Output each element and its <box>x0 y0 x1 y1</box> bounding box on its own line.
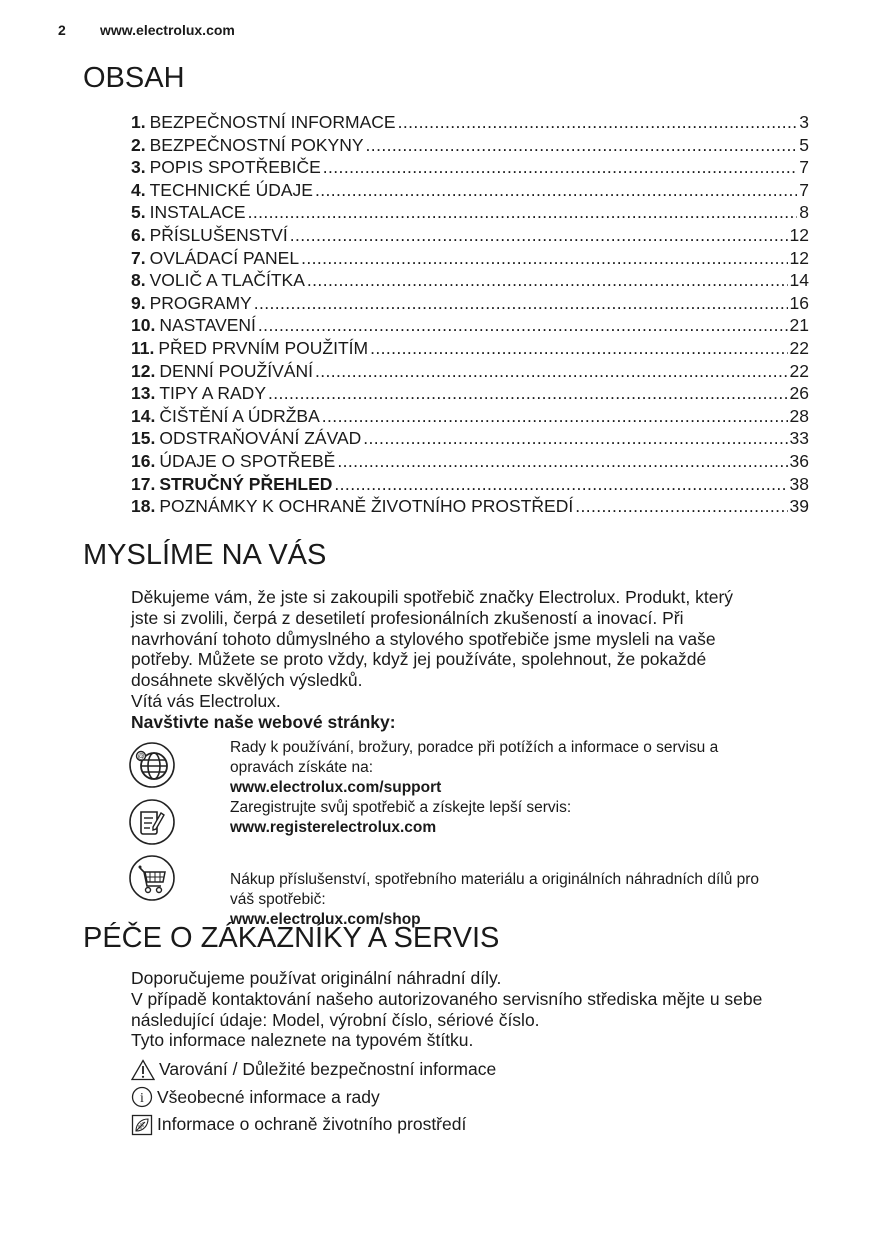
toc-entry[interactable]: 15.ODSTRAŇOVÁNÍ ZÁVAD33 <box>131 428 809 451</box>
toc-leader-dots <box>258 315 788 336</box>
toc-entry-page: 22 <box>790 338 809 359</box>
visit-label: Navštivte naše webové stránky: <box>131 712 821 733</box>
toc-leader-dots <box>366 135 798 156</box>
paragraph-line: Tyto informace naleznete na typovém štít… <box>131 1030 821 1051</box>
link-register: Zaregistrujte svůj spotřebič a získejte … <box>128 798 828 856</box>
toc-leader-dots <box>370 338 787 359</box>
service-paragraph: Doporučujeme používat originální náhradn… <box>131 968 821 1051</box>
page-number: 2 <box>58 22 100 38</box>
link-description: opravách získáte na: <box>230 758 828 778</box>
page-header: 2www.electrolux.com <box>58 22 235 38</box>
toc-title: OBSAH <box>83 62 185 95</box>
toc-entry[interactable]: 13.TIPY A RADY26 <box>131 383 809 406</box>
toc-entry-number: 6. <box>131 225 146 246</box>
toc-entry[interactable]: 5.INSTALACE8 <box>131 202 809 225</box>
toc-entry-page: 8 <box>799 202 809 223</box>
toc-entry-page: 5 <box>799 135 809 156</box>
toc-entry-title: PŘÍSLUŠENSTVÍ <box>150 225 288 246</box>
paragraph-line: Doporučujeme používat originální náhradn… <box>131 968 821 989</box>
toc-leader-dots <box>575 496 787 517</box>
toc-leader-dots <box>323 157 798 178</box>
toc-entry-number: 18. <box>131 496 155 517</box>
toc-entry-number: 3. <box>131 157 146 178</box>
table-of-contents: 1.BEZPEČNOSTNÍ INFORMACE32.BEZPEČNOSTNÍ … <box>131 112 809 519</box>
toc-entry-page: 7 <box>799 157 809 178</box>
toc-entry-title: POPIS SPOTŘEBIČE <box>150 157 321 178</box>
link-shop: Nákup příslušenství, spotřebního materiá… <box>128 856 828 916</box>
toc-entry-title: ČIŠTĚNÍ A ÚDRŽBA <box>159 406 319 427</box>
toc-entry[interactable]: 9.PROGRAMY16 <box>131 293 809 316</box>
toc-entry-title: BEZPEČNOSTNÍ POKYNY <box>150 135 364 156</box>
toc-entry-page: 12 <box>790 248 809 269</box>
toc-entry-number: 15. <box>131 428 155 449</box>
paragraph-line: potřeby. Můžete se proto vždy, když jej … <box>131 649 821 670</box>
paragraph-line: dosáhnete skvělých výsledků. <box>131 670 821 691</box>
toc-leader-dots <box>337 451 787 472</box>
toc-entry-title: STRUČNÝ PŘEHLED <box>159 474 332 495</box>
toc-leader-dots <box>301 248 787 269</box>
toc-entry-title: VOLIČ A TLAČÍTKA <box>150 270 305 291</box>
paragraph-line: V případě kontaktování našeho autorizova… <box>131 989 821 1010</box>
toc-leader-dots <box>254 293 788 314</box>
toc-entry-page: 28 <box>790 406 809 427</box>
toc-leader-dots <box>334 474 787 495</box>
toc-entry-page: 21 <box>790 315 809 336</box>
toc-entry-title: BEZPEČNOSTNÍ INFORMACE <box>150 112 396 133</box>
toc-entry[interactable]: 6.PŘÍSLUŠENSTVÍ12 <box>131 225 809 248</box>
toc-leader-dots <box>322 406 788 427</box>
thinking-paragraph: Děkujeme vám, že jste si zakoupili spotř… <box>131 587 821 733</box>
toc-entry-page: 26 <box>790 383 809 404</box>
legend-environment: Informace o ochraně životního prostředí <box>131 1111 496 1139</box>
toc-entry[interactable]: 10.NASTAVENÍ21 <box>131 315 809 338</box>
toc-entry[interactable]: 17.STRUČNÝ PŘEHLED38 <box>131 474 809 497</box>
support-link[interactable]: www.electrolux.com/support <box>230 778 828 798</box>
toc-entry[interactable]: 14.ČIŠTĚNÍ A ÚDRŽBA28 <box>131 406 809 429</box>
toc-entry-number: 10. <box>131 315 155 336</box>
link-description: Zaregistrujte svůj spotřebič a získejte … <box>230 798 828 818</box>
toc-leader-dots <box>363 428 787 449</box>
symbol-legend: Varování / Důležité bezpečnostní informa… <box>131 1056 496 1139</box>
toc-entry[interactable]: 11.PŘED PRVNÍM POUŽITÍM22 <box>131 338 809 361</box>
web-links: @ Rady k používání, brožury, poradce při… <box>128 738 828 916</box>
toc-entry-title: TECHNICKÉ ÚDAJE <box>150 180 313 201</box>
link-support: @ Rady k používání, brožury, poradce při… <box>128 738 828 796</box>
toc-entry[interactable]: 1.BEZPEČNOSTNÍ INFORMACE3 <box>131 112 809 135</box>
toc-entry-number: 7. <box>131 248 146 269</box>
toc-entry-title: NASTAVENÍ <box>159 315 256 336</box>
toc-entry-title: PŘED PRVNÍM POUŽITÍM <box>158 338 368 359</box>
leaf-icon <box>131 1114 153 1136</box>
toc-entry-title: INSTALACE <box>150 202 246 223</box>
toc-entry-title: OVLÁDACÍ PANEL <box>150 248 299 269</box>
toc-entry-number: 16. <box>131 451 155 472</box>
toc-entry[interactable]: 4.TECHNICKÉ ÚDAJE7 <box>131 180 809 203</box>
svg-text:@: @ <box>137 754 144 761</box>
toc-entry-title: TIPY A RADY <box>159 383 266 404</box>
toc-leader-dots <box>268 383 788 404</box>
toc-entry-page: 33 <box>790 428 809 449</box>
info-icon: i <box>131 1086 153 1108</box>
toc-entry-number: 14. <box>131 406 155 427</box>
toc-leader-dots <box>315 361 788 382</box>
toc-entry-number: 5. <box>131 202 146 223</box>
warning-icon <box>131 1059 155 1081</box>
toc-leader-dots <box>398 112 798 133</box>
toc-entry-title: PROGRAMY <box>150 293 252 314</box>
toc-entry[interactable]: 2.BEZPEČNOSTNÍ POKYNY5 <box>131 135 809 158</box>
toc-entry[interactable]: 12.DENNÍ POUŽÍVÁNÍ22 <box>131 361 809 384</box>
toc-entry-number: 2. <box>131 135 146 156</box>
globe-icon: @ <box>128 741 176 789</box>
toc-entry-number: 17. <box>131 474 155 495</box>
cart-icon <box>128 854 176 902</box>
toc-entry-title: DENNÍ POUŽÍVÁNÍ <box>159 361 313 382</box>
toc-entry-number: 12. <box>131 361 155 382</box>
service-title: PÉČE O ZÁKAZNÍKY A SERVIS <box>83 922 499 955</box>
paragraph-line: Vítá vás Electrolux. <box>131 691 821 712</box>
svg-text:i: i <box>140 1091 144 1106</box>
toc-entry-page: 39 <box>790 496 809 517</box>
toc-entry-number: 9. <box>131 293 146 314</box>
legend-label: Všeobecné informace a rady <box>157 1087 380 1108</box>
toc-entry-page: 7 <box>799 180 809 201</box>
legend-label: Informace o ochraně životního prostředí <box>157 1114 466 1135</box>
register-icon <box>128 798 176 846</box>
toc-leader-dots <box>315 180 797 201</box>
paragraph-line: navrhování tohoto důmyslného a stylového… <box>131 629 821 650</box>
toc-entry-page: 16 <box>790 293 809 314</box>
toc-entry-title: ÚDAJE O SPOTŘEBĚ <box>159 451 335 472</box>
toc-entry[interactable]: 7.OVLÁDACÍ PANEL12 <box>131 248 809 271</box>
toc-leader-dots <box>307 270 788 291</box>
toc-leader-dots <box>290 225 788 246</box>
toc-entry-number: 8. <box>131 270 146 291</box>
toc-entry-page: 12 <box>790 225 809 246</box>
toc-entry[interactable]: 16.ÚDAJE O SPOTŘEBĚ36 <box>131 451 809 474</box>
toc-entry-page: 14 <box>790 270 809 291</box>
legend-warning: Varování / Důležité bezpečnostní informa… <box>131 1056 496 1084</box>
toc-entry-page: 36 <box>790 451 809 472</box>
toc-entry[interactable]: 18.POZNÁMKY K OCHRANĚ ŽIVOTNÍHO PROSTŘED… <box>131 496 809 519</box>
link-description: váš spotřebič: <box>230 890 828 910</box>
toc-leader-dots <box>248 202 798 223</box>
toc-entry-page: 22 <box>790 361 809 382</box>
toc-entry-title: ODSTRAŇOVÁNÍ ZÁVAD <box>159 428 361 449</box>
link-description: Nákup příslušenství, spotřebního materiá… <box>230 870 828 890</box>
toc-entry[interactable]: 8.VOLIČ A TLAČÍTKA14 <box>131 270 809 293</box>
toc-entry[interactable]: 3.POPIS SPOTŘEBIČE7 <box>131 157 809 180</box>
toc-entry-number: 13. <box>131 383 155 404</box>
register-link[interactable]: www.registerelectrolux.com <box>230 818 828 838</box>
toc-entry-number: 11. <box>131 338 154 359</box>
legend-info: i Všeobecné informace a rady <box>131 1084 496 1112</box>
paragraph-line: jste si zvolili, čerpá z desetiletí prof… <box>131 608 821 629</box>
toc-entry-page: 38 <box>790 474 809 495</box>
legend-label: Varování / Důležité bezpečnostní informa… <box>159 1059 496 1080</box>
paragraph-line: Děkujeme vám, že jste si zakoupili spotř… <box>131 587 821 608</box>
toc-entry-number: 1. <box>131 112 146 133</box>
toc-entry-page: 3 <box>799 112 809 133</box>
paragraph-line: následující údaje: Model, výrobní číslo,… <box>131 1010 821 1031</box>
thinking-title: MYSLÍME NA VÁS <box>83 539 326 572</box>
header-site: www.electrolux.com <box>100 22 235 38</box>
toc-entry-title: POZNÁMKY K OCHRANĚ ŽIVOTNÍHO PROSTŘEDÍ <box>159 496 573 517</box>
toc-entry-number: 4. <box>131 180 146 201</box>
link-description: Rady k používání, brožury, poradce při p… <box>230 738 828 758</box>
